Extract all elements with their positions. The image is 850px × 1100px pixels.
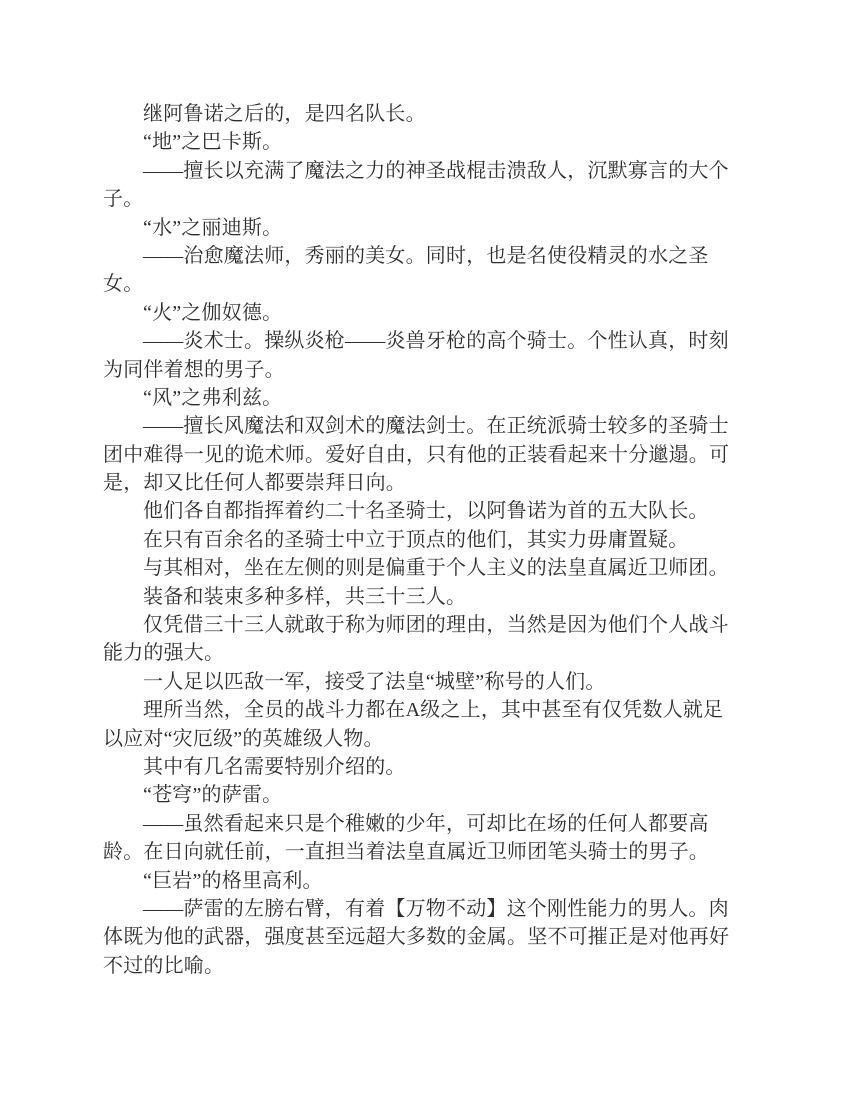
text-line: “风”之弗利兹。 bbox=[103, 384, 753, 412]
document-page: 继阿鲁诺之后的，是四名队长。 “地”之巴卡斯。 ——擅长以充满了魔法之力的神圣战… bbox=[0, 0, 850, 1100]
text-line: 龄。在日向就任前，一直担当着法皇直属近卫师团笔头骑士的男子。 bbox=[103, 838, 753, 866]
text-line: 能力的强大。 bbox=[103, 639, 753, 667]
text-line: 团中难得一见的诡术师。爱好自由，只有他的正装看起来十分邋遢。可 bbox=[103, 441, 753, 469]
text-line: 以应对“灾厄级”的英雄级人物。 bbox=[103, 725, 753, 753]
text-line: “地”之巴卡斯。 bbox=[103, 128, 753, 156]
text-line: 一人足以匹敌一军，接受了法皇“城壁”称号的人们。 bbox=[103, 668, 753, 696]
text-line: 装备和装束多种多样，共三十三人。 bbox=[103, 583, 753, 611]
text-line: 女。 bbox=[103, 270, 753, 298]
text-line: ——萨雷的左膀右臂，有着【万物不动】这个刚性能力的男人。肉 bbox=[103, 895, 753, 923]
text-line: 理所当然，全员的战斗力都在A级之上，其中甚至有仅凭数人就足 bbox=[103, 696, 753, 724]
text-line: 是，却又比任何人都要崇拜日向。 bbox=[103, 469, 753, 497]
text-line: “巨岩”的格里高利。 bbox=[103, 867, 753, 895]
body-text: 继阿鲁诺之后的，是四名队长。 “地”之巴卡斯。 ——擅长以充满了魔法之力的神圣战… bbox=[103, 100, 753, 980]
text-line: ——擅长风魔法和双剑术的魔法剑士。在正统派骑士较多的圣骑士 bbox=[103, 412, 753, 440]
text-line: 他们各自都指挥着约二十名圣骑士，以阿鲁诺为首的五大队长。 bbox=[103, 497, 753, 525]
text-line: “火”之伽奴德。 bbox=[103, 299, 753, 327]
text-line: 继阿鲁诺之后的，是四名队长。 bbox=[103, 100, 753, 128]
text-line: ——炎术士。操纵炎枪——炎兽牙枪的高个骑士。个性认真，时刻 bbox=[103, 327, 753, 355]
text-line: ——治愈魔法师，秀丽的美女。同时，也是名使役精灵的水之圣 bbox=[103, 242, 753, 270]
text-line: ——擅长以充满了魔法之力的神圣战棍击溃敌人，沉默寡言的大个 bbox=[103, 157, 753, 185]
text-line: 体既为他的武器，强度甚至远超大多数的金属。坚不可摧正是对他再好 bbox=[103, 923, 753, 951]
text-line: 为同伴着想的男子。 bbox=[103, 356, 753, 384]
text-line: 与其相对，坐在左侧的则是偏重于个人主义的法皇直属近卫师团。 bbox=[103, 554, 753, 582]
text-line: “水”之丽迪斯。 bbox=[103, 214, 753, 242]
text-line: ——虽然看起来只是个稚嫩的少年，可却比在场的任何人都要高 bbox=[103, 810, 753, 838]
text-line: “苍穹”的萨雷。 bbox=[103, 781, 753, 809]
text-line: 在只有百余名的圣骑士中立于顶点的他们，其实力毋庸置疑。 bbox=[103, 526, 753, 554]
text-line: 其中有几名需要特别介绍的。 bbox=[103, 753, 753, 781]
text-line: 不过的比喻。 bbox=[103, 952, 753, 980]
text-line: 子。 bbox=[103, 185, 753, 213]
text-line: 仅凭借三十三人就敢于称为师团的理由，当然是因为他们个人战斗 bbox=[103, 611, 753, 639]
